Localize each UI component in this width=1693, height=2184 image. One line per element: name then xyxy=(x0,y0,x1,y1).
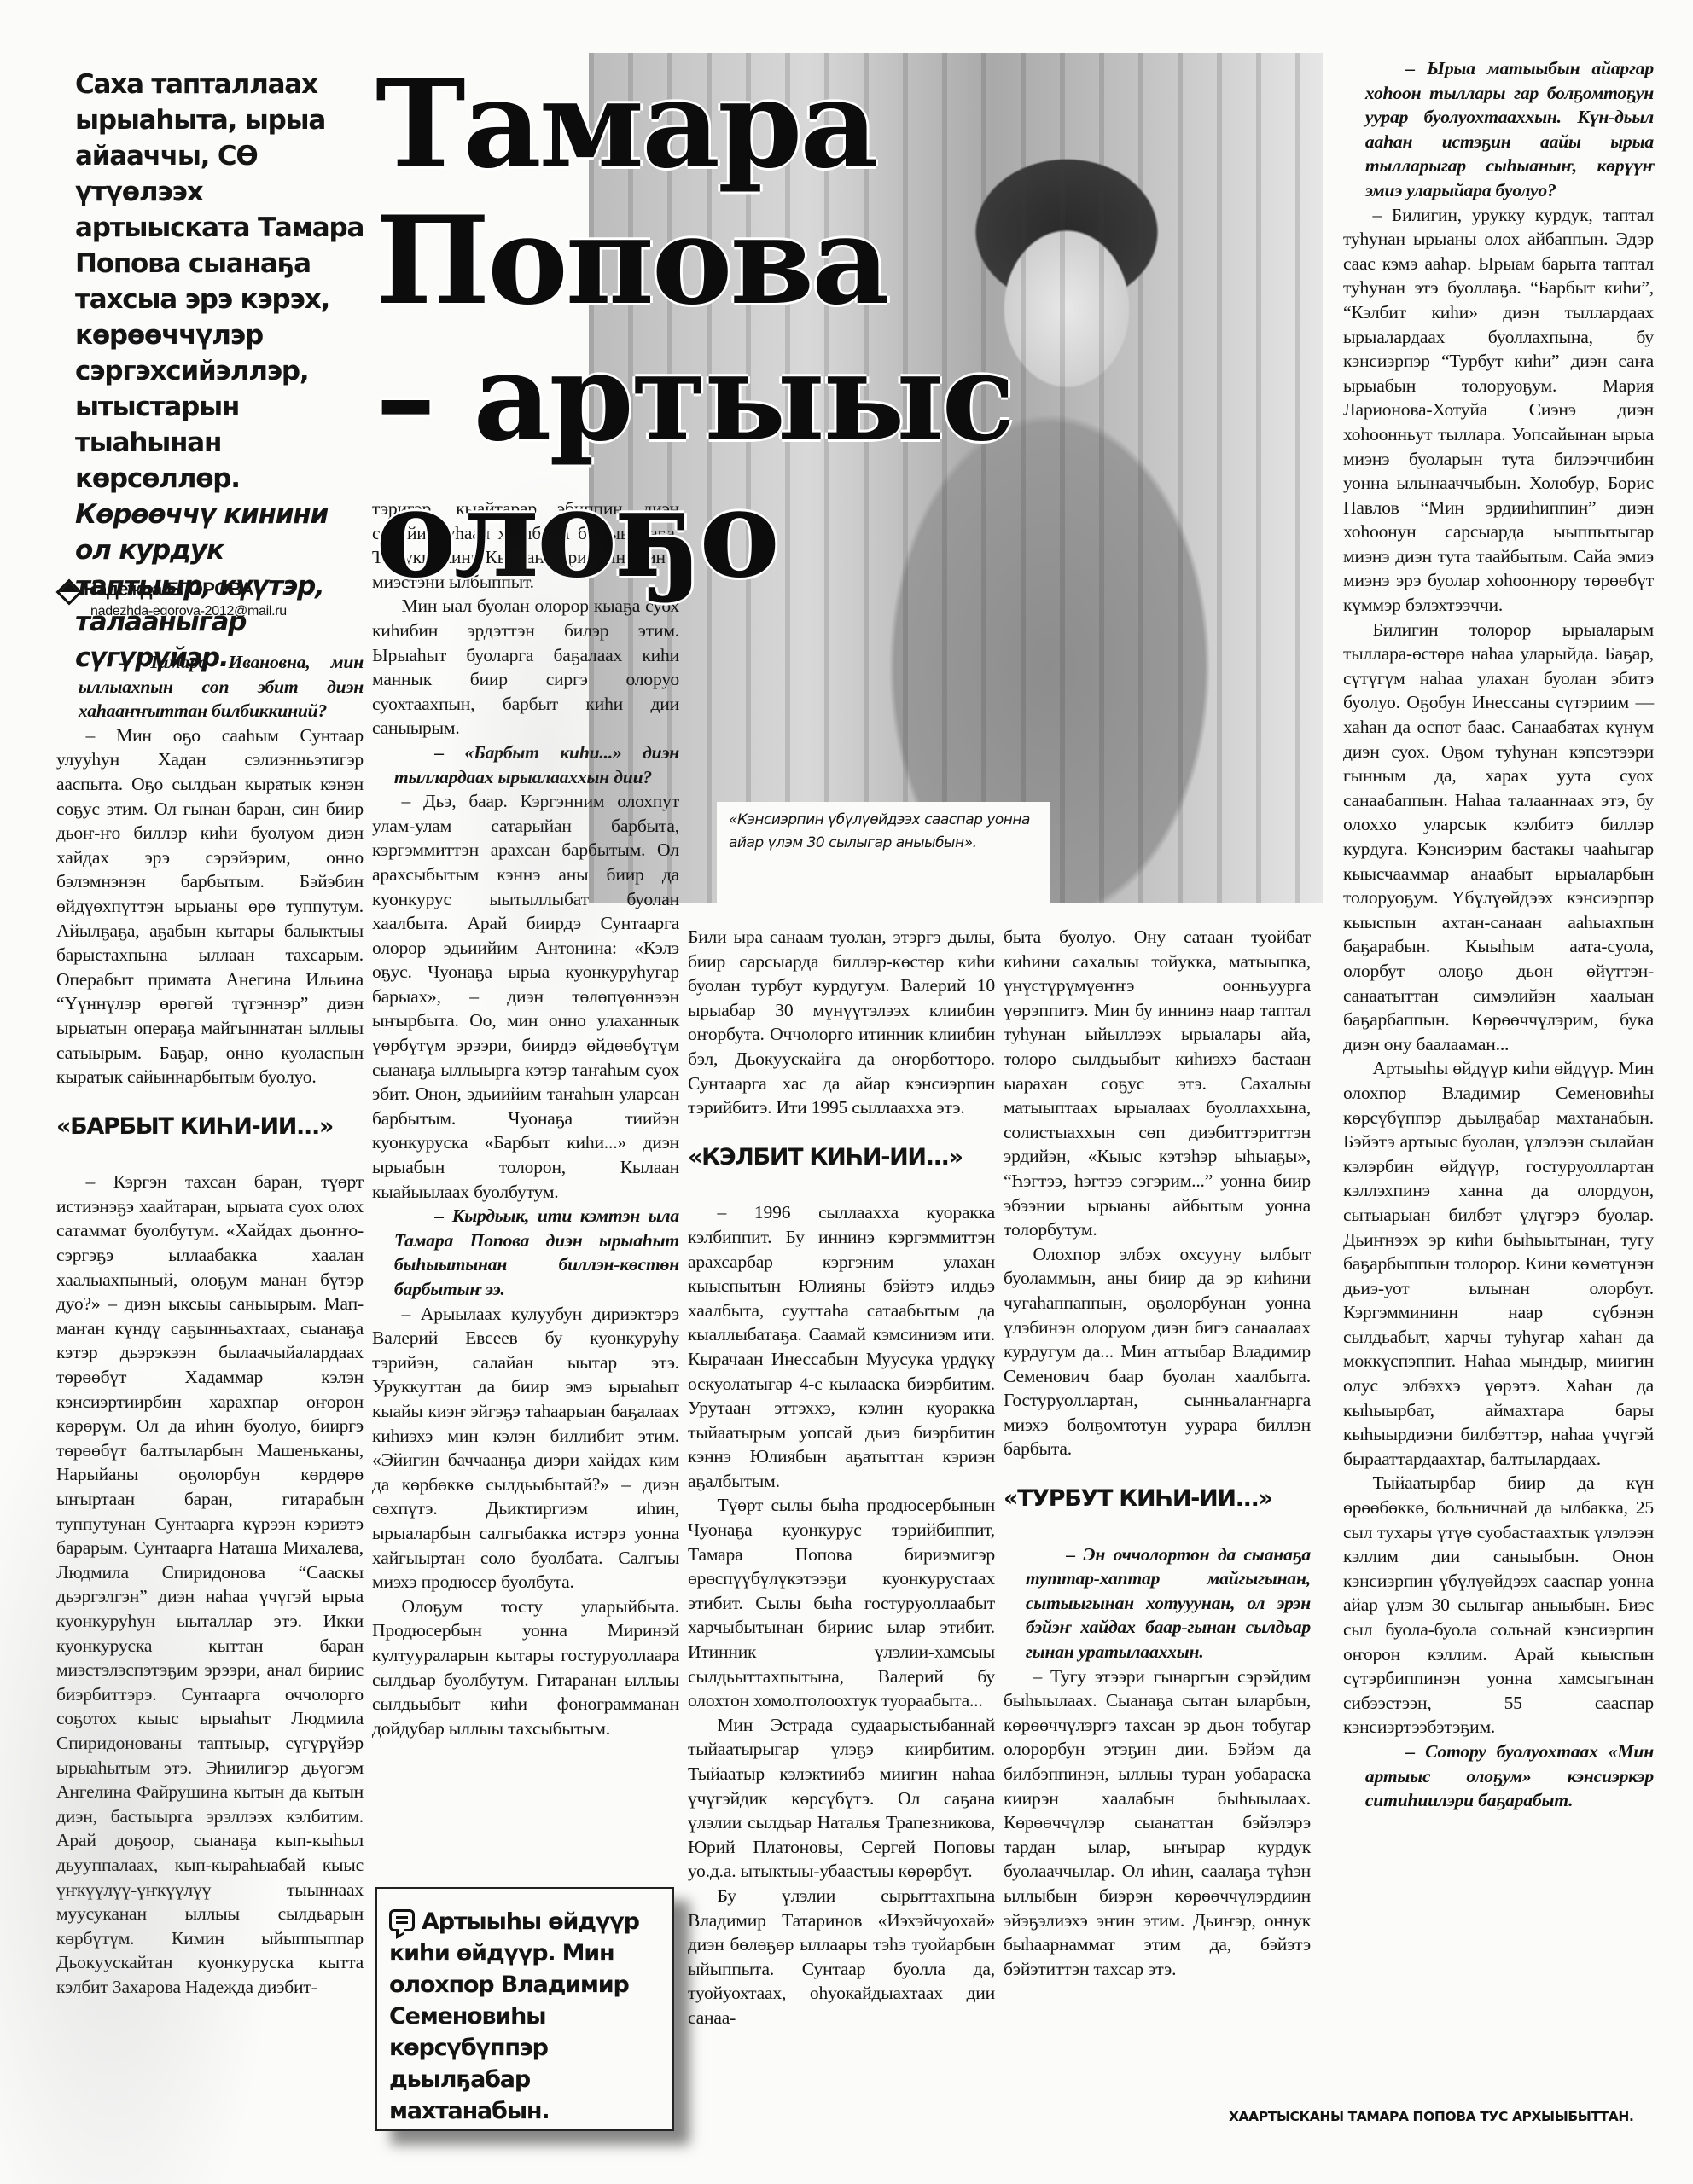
section-heading: «ТУРБУТ КИҺИ-ИИ...» xyxy=(1004,1487,1311,1512)
column-1: – Тамара Ивановна, мин ыллыахпын сөп эби… xyxy=(56,650,364,1999)
lead-text: Саха тапталлаах ырыаһыта, ырыа айааччы, … xyxy=(75,69,364,494)
interview-question: – Ырыа матыыбын айаргар хоһоон тыллары г… xyxy=(1343,56,1654,203)
body-paragraph: – Билигин, урукку курдук, таптал туһунан… xyxy=(1343,203,1654,618)
interview-question: – Тамара Ивановна, мин ыллыахпын сөп эби… xyxy=(56,650,364,723)
body-paragraph: быта буолуо. Ону сатаан туойбат киһини с… xyxy=(1004,925,1311,1242)
body-paragraph: Артыыһы өйдүүр киһи өйдүүр. Мин олохпор … xyxy=(1343,1056,1654,1471)
column-2: тэригэр, кыайтарар эбиппин диэн сирэйим … xyxy=(372,497,679,1740)
headline-line-3: олоҕо xyxy=(375,466,1314,602)
diamond-icon xyxy=(56,579,77,600)
body-paragraph: Олохпор элбэх охсууну ылбыт буоламмын, а… xyxy=(1004,1242,1311,1461)
body-paragraph: Тыйаатырбар биир да күн өрөөбөккө, больн… xyxy=(1343,1471,1654,1740)
body-paragraph: – Арыылаах кулуубун дириэктэрэ Валерий Е… xyxy=(372,1302,679,1594)
body-paragraph: Түөрт сылы быһа продюсербынын Чуонаҕа ку… xyxy=(688,1493,995,1712)
pull-quote-box: Артыыһы өйдүүр киһи өйдүүр. Мин олохпор … xyxy=(375,1887,674,2131)
column-5: – Ырыа матыыбын айаргар хоһоон тыллары г… xyxy=(1343,56,1654,1813)
chat-bubble-icon xyxy=(389,1909,415,1931)
pull-quote-text: Артыыһы өйдүүр киһи өйдүүр. Мин олохпор … xyxy=(389,1908,639,2124)
body-paragraph: Билигин толорор ырыаларым тыллара-өстөрө… xyxy=(1343,618,1654,1057)
column-3: Били ыра санаам туолан, этэргэ дылы, бии… xyxy=(688,925,995,2030)
photo-caption: «Кэнсиэрпин үбүлүөйдээх сааспар уонна ай… xyxy=(717,802,1050,904)
body-paragraph: Мин ыал буолан олорор кыаҕа суох киһибин… xyxy=(372,594,679,741)
body-paragraph: – 1996 сыллаахха куоракка кэлбиппит. Бу … xyxy=(688,1200,995,1493)
body-paragraph: Били ыра санаам туолан, этэргэ дылы, бии… xyxy=(688,925,995,1120)
headline-line-1: Тамара Попова xyxy=(375,56,1314,329)
author-name: Надежда ЕГОРОВА xyxy=(84,578,253,601)
body-paragraph: Бу үлэлии сырыттахпына Владимир Татарино… xyxy=(688,1884,995,2030)
body-paragraph: – Кэргэн тахсан баран, түөрт истиэнэҕэ х… xyxy=(56,1170,364,1999)
column-4: быта буолуо. Ону сатаан туойбат киһини с… xyxy=(1004,925,1311,1981)
section-heading: «КЭЛБИТ КИҺИ-ИИ...» xyxy=(688,1146,995,1170)
body-paragraph: Мин Эстрада судаарыстыбаннай тыйаатырыга… xyxy=(688,1713,995,1884)
interview-question: – Сотору буолуохтаах «Мин артыыс олоҕум»… xyxy=(1343,1740,1654,1813)
interview-question: – Кырдьык, ити кэмтэн ыла Тамара Попова … xyxy=(372,1204,679,1301)
headline-line-2: – артыыс xyxy=(375,329,1314,466)
body-paragraph: – Тугу этээри гынаргын сэрэйдим быһыылаа… xyxy=(1004,1664,1311,1982)
photo-credit: ХААРТЫСКАНЫ ТАМАРА ПОПОВА ТУС АРХЫЫБЫТТА… xyxy=(1229,2109,1633,2124)
body-paragraph: – Мин оҕо сааһым Сунтаар улууһун Хадан с… xyxy=(56,723,364,1089)
author-email[interactable]: nadezhda-egorova-2012@mail.ru xyxy=(90,604,364,619)
interview-question: – Эн оччолортон да сыанаҕа туттар-хаптар… xyxy=(1004,1542,1311,1664)
byline: Надежда ЕГОРОВА nadezhda-egorova-2012@ma… xyxy=(56,578,364,619)
interview-question: – «Барбыт киһи...» диэн тыллардаах ырыал… xyxy=(372,741,679,789)
headline: Тамара Попова – артыыс олоҕо xyxy=(375,56,1314,602)
body-paragraph: – Дьэ, баар. Кэргэнним олохпут улам-улам… xyxy=(372,789,679,1204)
author-line: Надежда ЕГОРОВА xyxy=(56,578,364,601)
body-paragraph: Олоҕум тосту уларыйбыта. Продюсербын уон… xyxy=(372,1594,679,1741)
section-heading: «БАРБЫТ КИҺИ-ИИ...» xyxy=(56,1115,364,1140)
